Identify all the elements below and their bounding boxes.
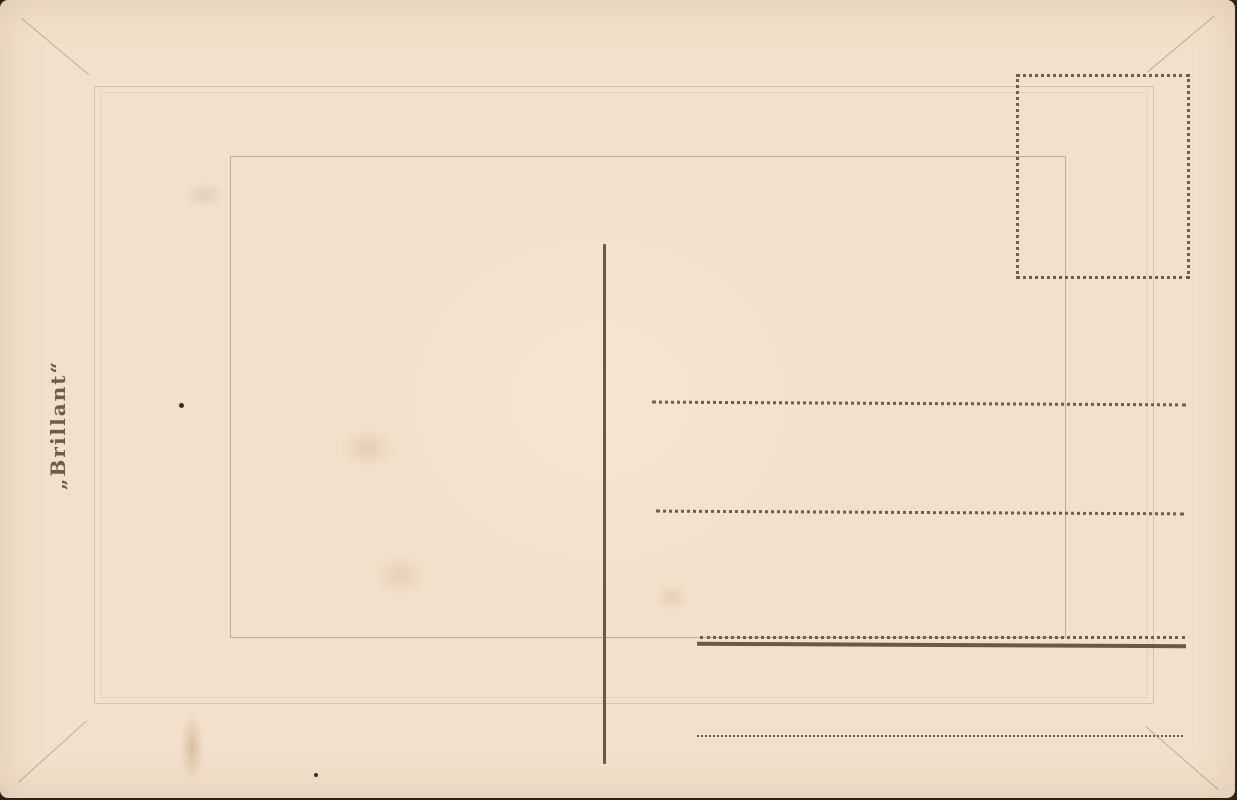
embossed-picture-frame — [230, 156, 1066, 638]
corner-fold-bottom-left — [18, 720, 87, 782]
brand-label: „Brillant“ — [46, 360, 70, 490]
center-divider-line — [603, 244, 606, 764]
address-line-3 — [700, 636, 1185, 639]
ink-speck — [179, 403, 184, 408]
address-line-4 — [697, 735, 1183, 737]
corner-fold-top-left — [21, 18, 89, 75]
stamp-box — [1016, 74, 1190, 279]
ink-speck — [314, 773, 318, 777]
corner-fold-top-right — [1147, 15, 1215, 72]
postcard-back: „Brillant“ — [0, 0, 1235, 798]
